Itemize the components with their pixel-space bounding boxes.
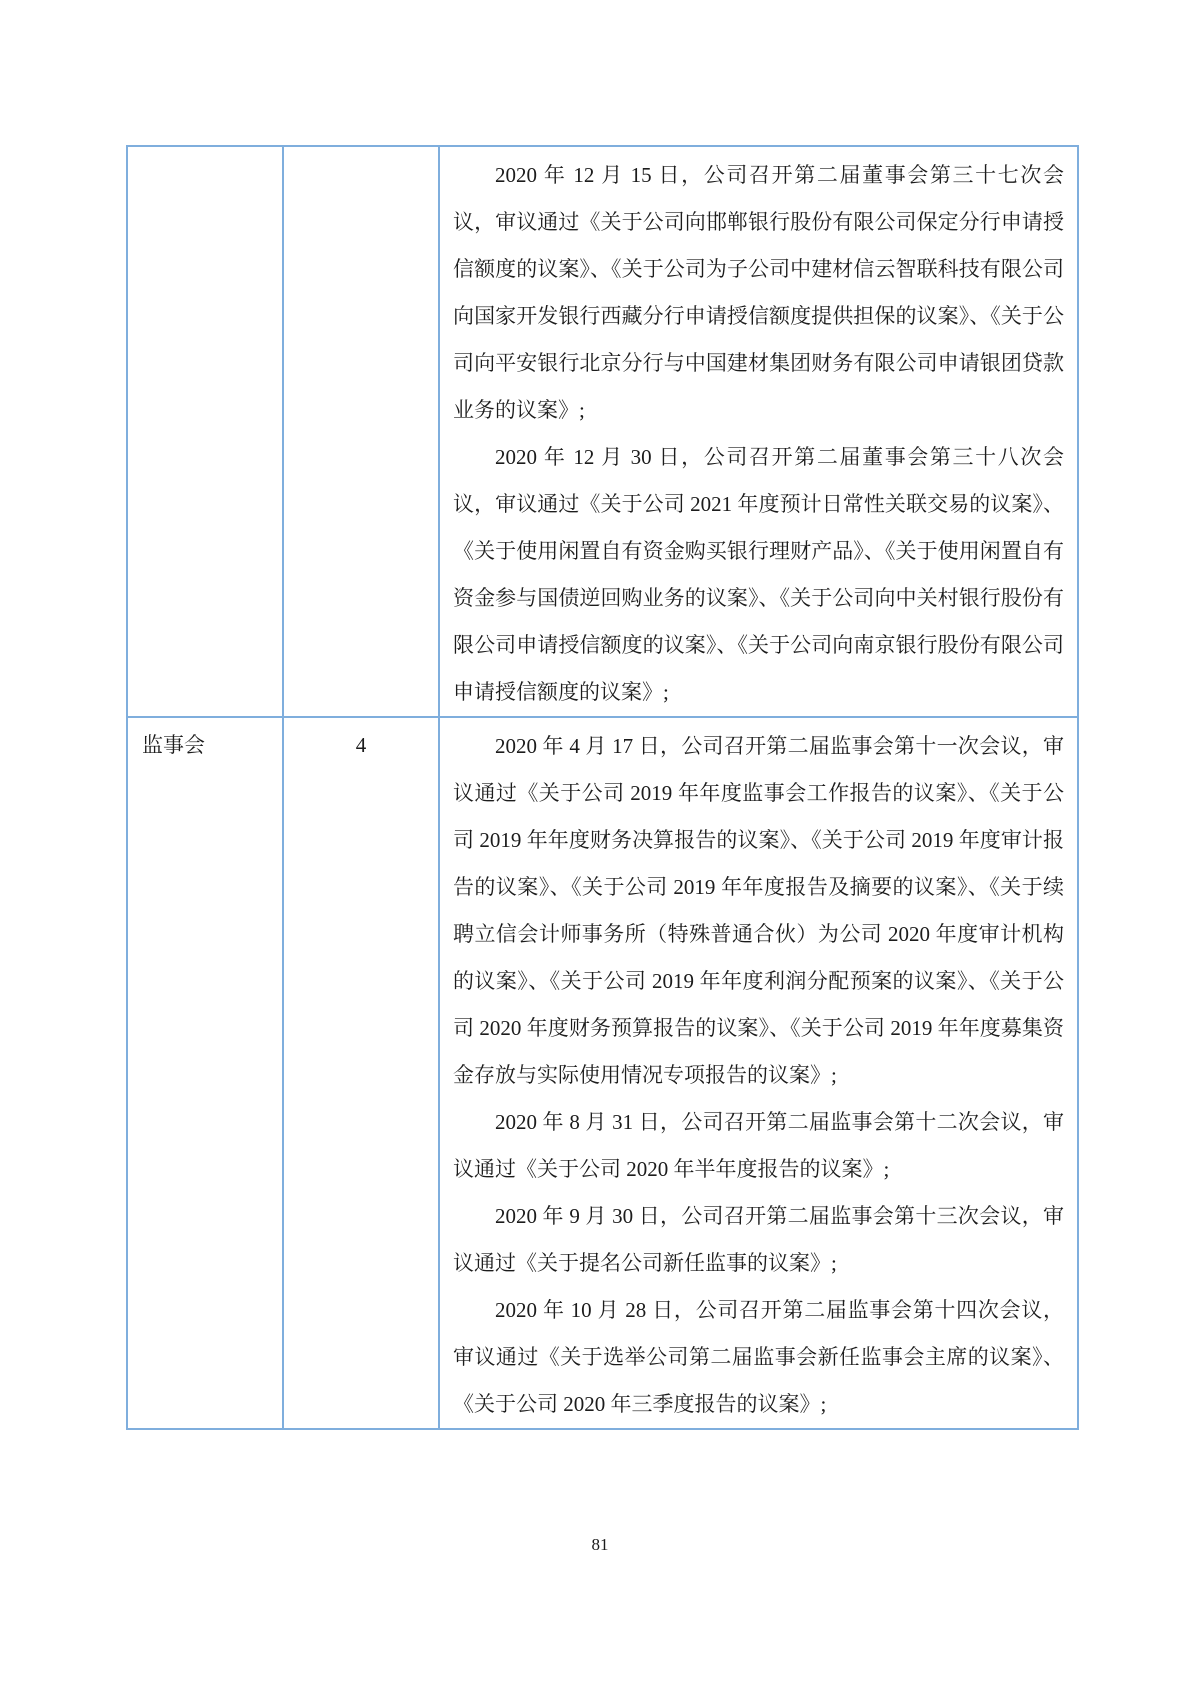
body-name-cell bbox=[127, 146, 283, 717]
table-row-supervisory-board: 监事会 4 2020 年 4 月 17 日，公司召开第二届监事会第十一次会议，审… bbox=[127, 717, 1078, 1429]
table-row-board-continuation: 2020 年 12 月 15 日，公司召开第二届董事会第三十七次会议，审议通过《… bbox=[127, 146, 1078, 717]
page-number: 81 bbox=[0, 1535, 1200, 1555]
meeting-paragraph: 2020 年 12 月 30 日，公司召开第二届董事会第三十八次会议，审议通过《… bbox=[453, 434, 1064, 716]
body-name-cell: 监事会 bbox=[127, 717, 283, 1429]
meeting-details-cell: 2020 年 12 月 15 日，公司召开第二届董事会第三十七次会议，审议通过《… bbox=[439, 146, 1078, 717]
meeting-count-cell: 4 bbox=[283, 717, 439, 1429]
meetings-table: 2020 年 12 月 15 日，公司召开第二届董事会第三十七次会议，审议通过《… bbox=[126, 145, 1079, 1430]
meeting-paragraph: 2020 年 12 月 15 日，公司召开第二届董事会第三十七次会议，审议通过《… bbox=[453, 152, 1064, 434]
meeting-details-cell: 2020 年 4 月 17 日，公司召开第二届监事会第十一次会议，审议通过《关于… bbox=[439, 717, 1078, 1429]
meeting-paragraph: 2020 年 4 月 17 日，公司召开第二届监事会第十一次会议，审议通过《关于… bbox=[453, 723, 1064, 1099]
document-page: 2020 年 12 月 15 日，公司召开第二届董事会第三十七次会议，审议通过《… bbox=[0, 0, 1200, 1696]
meeting-count-cell bbox=[283, 146, 439, 717]
meeting-paragraph: 2020 年 8 月 31 日，公司召开第二届监事会第十二次会议，审议通过《关于… bbox=[453, 1099, 1064, 1193]
meeting-paragraph: 2020 年 9 月 30 日，公司召开第二届监事会第十三次会议，审议通过《关于… bbox=[453, 1193, 1064, 1287]
meeting-paragraph: 2020 年 10 月 28 日，公司召开第二届监事会第十四次会议，审议通过《关… bbox=[453, 1287, 1064, 1428]
